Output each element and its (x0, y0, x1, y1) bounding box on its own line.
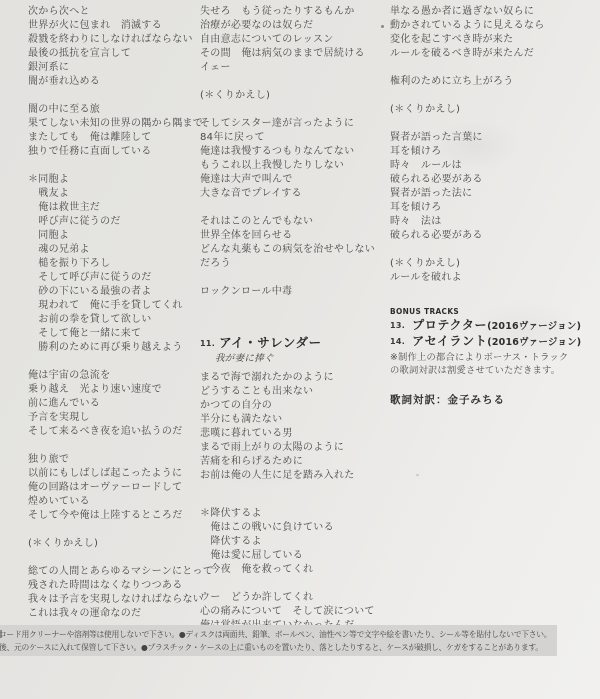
lyric-line: 俺達は大声で叫んで (200, 173, 392, 187)
lyric-line: 治療が必要なのは奴らだ (200, 19, 392, 33)
lyric-stanza: 総ての人間とあらゆるマシーンにとって残された時間はなくなりつつある我々は予言を実… (28, 565, 200, 621)
lyric-line: 予言を実現し (28, 411, 200, 425)
lyric-stanza: ＊降伏するよ 俺はこの戦いに負けている 降伏するよ 俺は愛に屈している 今夜 俺… (200, 507, 392, 577)
cut-character-fragment (0, 630, 2, 638)
lyric-line: そしてシスター達が言ったように (200, 117, 392, 131)
lyric-stanza: 失せろ もう従ったりするもんか治療が必要なのは奴らだ自由意志についてのレッスンそ… (200, 5, 392, 75)
care-instruction-line: 後、元のケースに入れて保管して下さい。●プラスチック・ケースの上に重いものを置い… (3, 641, 557, 654)
lyric-line: (＊くりかえし) (200, 89, 392, 103)
lyric-line: お前は俺の人生に足を踏み入れた (200, 469, 392, 483)
lyric-line: 前に進んでいる (28, 397, 200, 411)
lyric-line: 呼び声に従うのだ (28, 215, 200, 229)
lyric-line: 総ての人間とあらゆるマシーンにとって (28, 565, 200, 579)
lyric-line: (＊くりかえし) (28, 537, 200, 551)
lyric-line: 悲嘆に暮れている男 (200, 427, 392, 441)
track-title: アイ・サレンダー (219, 335, 322, 350)
track-number: 11. (200, 339, 215, 348)
lyric-stanza: 次から次へと世界が火に包まれ 消滅する殺戮を終わりにしなければならない最後の抵抗… (28, 5, 200, 89)
lyric-line: 失せろ もう従ったりするもんか (200, 5, 392, 19)
lyric-stanza: ※制作上の都合によりボーナス・トラックの歌詞対訳は割愛させていただきます。 (390, 351, 592, 377)
lyric-stanza: (＊くりかえし) (200, 89, 392, 103)
lyric-stanza: 歌詞対訳：金子みちる (390, 393, 592, 407)
lyric-line: 時々 ルールは (390, 159, 592, 173)
lyric-stanza: 権利のために立ち上がろう (390, 75, 592, 89)
lyric-line: そして俺と一緒に来て (28, 327, 200, 341)
lyric-stanza: 闇の中に至る旅果てしない未知の世界の隅から隅までまたしても 俺は離陸して独りで任… (28, 103, 200, 159)
lyric-line: 時々 法は (390, 215, 592, 229)
lyric-line: 心の痛みについて そして涙について (200, 605, 392, 619)
track-number: 14. (390, 337, 408, 346)
lyric-line: 現われて 俺に手を貸してくれ (28, 299, 200, 313)
lyric-line: まるで海で溺れたかのように (200, 371, 392, 385)
lyric-line: (＊くりかえし) (390, 103, 592, 117)
lyric-stanza: ロックンロール中毒 (200, 285, 392, 299)
lyric-line: 乗り越え 光より速い速度で (28, 383, 200, 397)
lyric-line: ロックンロール中毒 (200, 285, 392, 299)
lyric-stanza: 独り旅で以前にもしばしば起こったように俺の回路はオーヴァーロードして煌めいている… (28, 453, 200, 523)
lyric-line: 苦痛を和らげるために (200, 455, 392, 469)
lyric-line: 変化を起こすべき時が来た (390, 33, 592, 47)
lyric-line: 闇が垂れ込める (28, 75, 200, 89)
track-version: (2016ヴァージョン) (487, 337, 581, 348)
lyric-line: 歌詞対訳：金子みちる (390, 393, 592, 407)
lyric-line: かつての自分の (200, 399, 392, 413)
lyric-stanza: 単なる愚か者に過ぎない奴らに動かされているように見えるなら変化を起こすべき時が来… (390, 5, 592, 61)
lyric-line: 賢者が語った言葉に (390, 131, 592, 145)
lyric-line: 単なる愚か者に過ぎない奴らに (390, 5, 592, 19)
lyric-line: イェー (200, 61, 392, 75)
lyric-line: 自由意志についてのレッスン (200, 33, 392, 47)
lyric-line: 魂の兄弟よ (28, 243, 200, 257)
lyric-line: 俺は愛に屈している (200, 549, 392, 563)
scan-speck (416, 474, 419, 476)
lyric-line: そして呼び声に従うのだ (28, 271, 200, 285)
lyrics-column-left: 次から次へと世界が火に包まれ 消滅する殺戮を終わりにしなければならない最後の抵抗… (28, 5, 200, 621)
lyric-line: そして来るべき夜を追い払うのだ (28, 425, 200, 439)
lyric-line: 降伏するよ (200, 535, 392, 549)
lyric-line: もうこれ以上我慢したりしない (200, 159, 392, 173)
lyric-line: 世界が火に包まれ 消滅する (28, 19, 200, 33)
lyric-line: 動かされているように見えるなら (390, 19, 592, 33)
lyric-line: 次から次へと (28, 5, 200, 19)
track-subtitle: 我が妻に捧ぐ (215, 352, 392, 365)
lyrics-column-right: 単なる愚か者に過ぎない奴らに動かされているように見えるなら変化を起こすべき時が来… (390, 5, 592, 407)
lyric-line: ルールを破るべき時が来たんだ (390, 47, 592, 61)
lyric-stanza: ＊同胞よ 戦友よ 俺は救世主だ 呼び声に従うのだ 同胞よ 魂の兄弟よ 槌を振り下… (28, 173, 200, 355)
care-instructions-strip: コード用クリーナーや溶剤等は使用しないで下さい。●ディスクは両面共、鉛筆、ボール… (0, 625, 557, 656)
lyric-line: それはこのとんでもない (200, 215, 392, 229)
lyric-line: 俺達は我慢するつもりなんてない (200, 145, 392, 159)
scan-speck (381, 25, 384, 28)
lyric-line: 砂の下にいる最強の者よ (28, 285, 200, 299)
lyric-line: 耳を傾けろ (390, 145, 592, 159)
lyric-line: 賢者が語った法に (390, 187, 592, 201)
lyric-stanza: 俺は宇宙の急流を乗り越え 光より速い速度で前に進んでいる予言を実現しそして来るべ… (28, 369, 200, 439)
lyric-line: またしても 俺は離陸して (28, 131, 200, 145)
lyric-line: 今夜 俺を救ってくれ (200, 563, 392, 577)
lyric-line: 勝利のために再び乗り越えよう (28, 341, 200, 355)
lyric-line: ＊同胞よ (28, 173, 200, 187)
lyric-line: 世界全体を回らせる (200, 229, 392, 243)
lyric-line: 槌を振り下ろし (28, 257, 200, 271)
lyric-line: 独り旅で (28, 453, 200, 467)
lyric-line: 俺はこの戦いに負けている (200, 521, 392, 535)
lyric-line: お前の拳を貸して欲しい (28, 313, 200, 327)
lyric-line: 我々は予言を実現しなければならない (28, 593, 200, 607)
lyric-line: 戦友よ (28, 187, 200, 201)
track-title: アセイラント (412, 334, 487, 348)
lyric-line: 俺の回路はオーヴァーロードして (28, 481, 200, 495)
track-version: (2016ヴァージョン) (487, 321, 581, 332)
lyric-line: 耳を傾けろ (390, 201, 592, 215)
lyric-line: そして今や俺は上陸するところだ (28, 509, 200, 523)
lyric-line: どんな丸薬もこの病気を治せやしない (200, 243, 392, 257)
lyric-stanza: (＊くりかえし) (390, 103, 592, 117)
lyric-stanza: まるで海で溺れたかのようにどうすることも出来ないかつての自分の半分にも満たない悲… (200, 371, 392, 483)
lyric-stanza: そしてシスター達が言ったように84年に戻って俺達は我慢するつもりなんてないもうこ… (200, 117, 392, 201)
lyric-line: 半分にも満たない (200, 413, 392, 427)
lyric-line: 闇の中に至る旅 (28, 103, 200, 117)
lyric-line: 以前にもしばしば起こったように (28, 467, 200, 481)
track-heading: 11.アイ・サレンダー我が妻に捧ぐ (200, 334, 392, 365)
bonus-tracks-label: BONUS TRACKS (390, 306, 576, 318)
lyric-line: 俺は宇宙の急流を (28, 369, 200, 383)
lyric-line: 権利のために立ち上がろう (390, 75, 592, 89)
lyric-line: その間 俺は病気のままで居続ける (200, 47, 392, 61)
lyric-line: 殺戮を終わりにしなければならない (28, 33, 200, 47)
lyric-line: まるで雨上がりの太陽のように (200, 441, 392, 455)
lyric-line: 銀河系に (28, 61, 200, 75)
lyric-line: (＊くりかえし) (390, 257, 592, 271)
lyric-stanza: 賢者が語った言葉に耳を傾けろ時々 ルールは破られる必要がある賢者が語った法に耳を… (390, 131, 592, 243)
lyric-line: 独りで任務に直面している (28, 145, 200, 159)
lyrics-column-middle: 失せろ もう従ったりするもんか治療が必要なのは奴らだ自由意志についてのレッスンそ… (200, 5, 392, 633)
lyric-line: どうすることも出来ない (200, 385, 392, 399)
track-number: 13. (390, 321, 408, 330)
lyric-stanza: それはこのとんでもない世界全体を回らせるどんな丸薬もこの病気を治せやしないだろう (200, 215, 392, 271)
track-title-row: 11.アイ・サレンダー (200, 334, 392, 351)
lyric-line: これは我々の運命なのだ (28, 607, 200, 621)
lyric-line: 最後の抵抗を宣言して (28, 47, 200, 61)
bonus-track-item: 14. アセイラント(2016ヴァージョン) (390, 334, 592, 350)
care-instruction-line: コード用クリーナーや溶剤等は使用しないで下さい。●ディスクは両面共、鉛筆、ボール… (3, 628, 557, 641)
bonus-tracks-section: BONUS TRACKS13. プロテクター(2016ヴァージョン)14. アセ… (390, 306, 592, 349)
lyric-line: 果てしない未知の世界の隅から隅まで (28, 117, 200, 131)
lyric-line: 残された時間はなくなりつつある (28, 579, 200, 593)
lyric-line: 破られる必要がある (390, 173, 592, 187)
bonus-track-item: 13. プロテクター(2016ヴァージョン) (390, 318, 592, 334)
lyric-line: の歌詞対訳は割愛させていただきます。 (390, 364, 592, 377)
lyric-line: ＊降伏するよ (200, 507, 392, 521)
lyric-stanza: (＊くりかえし)ルールを破れよ (390, 257, 592, 285)
lyric-line: だろう (200, 257, 392, 271)
lyric-line: ルールを破れよ (390, 271, 592, 285)
lyric-line: 84年に戻って (200, 131, 392, 145)
lyric-line: ※制作上の都合によりボーナス・トラック (390, 351, 592, 364)
lyric-line: 同胞よ (28, 229, 200, 243)
lyric-line: 煌めいている (28, 495, 200, 509)
lyric-stanza: (＊くりかえし) (28, 537, 200, 551)
lyric-line: ウー どうか許してくれ (200, 591, 392, 605)
lyric-line: 大きな音でプレイする (200, 187, 392, 201)
lyrics-booklet-page: 次から次へと世界が火に包まれ 消滅する殺戮を終わりにしなければならない最後の抵抗… (0, 0, 600, 699)
lyric-line: 破られる必要がある (390, 229, 592, 243)
track-title: プロテクター (412, 318, 487, 332)
lyric-line: 俺は救世主だ (28, 201, 200, 215)
